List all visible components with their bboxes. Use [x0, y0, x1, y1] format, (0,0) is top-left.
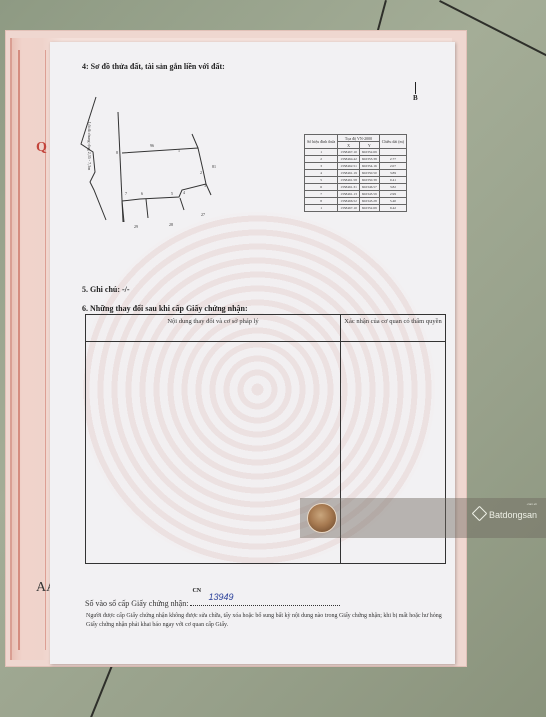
- coord-cell-point: 3: [305, 163, 338, 170]
- header-system: Tọa độ VN-2000: [338, 135, 380, 142]
- coord-cell-length: [379, 149, 406, 156]
- coord-cell-length: 9.42: [379, 205, 406, 212]
- coord-cell-x: 1358467.10: [338, 149, 360, 156]
- coord-cell-x: 1358461.31: [338, 184, 360, 191]
- vertex-label: 6: [141, 191, 143, 196]
- coord-row: 11358467.10602352.699.42: [305, 205, 407, 212]
- brand-name: Batdongsan: [489, 510, 537, 520]
- brand-domain: .com.vn: [527, 502, 538, 506]
- coord-cell-point: 1: [305, 205, 338, 212]
- coord-row: 61358461.31602346.573.82: [305, 184, 407, 191]
- header-length: Chiều dài (m): [379, 135, 406, 149]
- parcel-label: 27: [201, 212, 205, 217]
- parcel-label: 81: [212, 164, 216, 169]
- coord-cell-point: 1: [305, 149, 338, 156]
- coord-cell-y: 602352.69: [359, 149, 379, 156]
- parcel-label: 28: [169, 222, 173, 227]
- coord-cell-y: 602346.57: [359, 184, 379, 191]
- vertex-label: 1: [178, 148, 180, 153]
- coord-cell-x: 1358464.42: [338, 156, 360, 163]
- coord-cell-point: 5: [305, 177, 338, 184]
- coord-row: 31358462.51602354.162.07: [305, 163, 407, 170]
- registration-label: Số vào sổ cấp Giấy chứng nhận:: [85, 599, 188, 608]
- uploader-avatar[interactable]: [307, 503, 337, 533]
- background-mark-top: Q: [36, 140, 47, 156]
- coord-cell-point: 7: [305, 191, 338, 198]
- coord-cell-x: 1358462.51: [338, 163, 360, 170]
- coord-cell-length: 3.82: [379, 184, 406, 191]
- coord-cell-x: 1358461.19: [338, 170, 360, 177]
- registration-number: 13949: [208, 592, 233, 602]
- coord-cell-point: 4: [305, 170, 338, 177]
- coord-cell-length: 2.07: [379, 163, 406, 170]
- coord-cell-length: 5.40: [379, 198, 406, 205]
- coord-cell-x: 1358461.13: [338, 191, 360, 198]
- changes-col-confirmation: Xác nhận của cơ quan có thẩm quyền: [341, 315, 446, 342]
- parcel-diagram: Lối đi chung rộng 2,35 - 7,3m 1 2 3 4 5 …: [80, 92, 280, 252]
- registration-line: Số vào sổ cấp Giấy chứng nhận: CN 13949: [85, 597, 340, 608]
- registration-dots: CN 13949: [190, 597, 340, 606]
- coord-cell-x: 1358466.52: [338, 198, 360, 205]
- coord-row: 71358461.13602343.592.99: [305, 191, 407, 198]
- coord-row: 81358466.52602343.285.40: [305, 198, 407, 205]
- vertex-label: 8: [116, 150, 118, 155]
- coord-cell-y: 602350.50: [359, 170, 379, 177]
- notice-text: Người được cấp Giấy chứng nhận không đượ…: [86, 612, 446, 630]
- vertex-label: 2: [200, 170, 202, 175]
- coord-cell-length: 3.89: [379, 170, 406, 177]
- north-indicator: B: [413, 82, 418, 102]
- coord-row: 51358461.58602350.380.41: [305, 177, 407, 184]
- header-y: Y: [359, 142, 379, 149]
- coord-cell-x: 1358461.58: [338, 177, 360, 184]
- section-6-title: 6. Những thay đổi sau khi cấp Giấy chứng…: [82, 304, 248, 313]
- coord-cell-length: 2.99: [379, 191, 406, 198]
- brand-logo-icon: [472, 506, 488, 522]
- coord-cell-length: 2.77: [379, 156, 406, 163]
- registration-prefix: CN: [192, 588, 201, 594]
- vertex-label: 4: [183, 190, 185, 195]
- coord-row: 21358464.42602353.382.77: [305, 156, 407, 163]
- coord-cell-y: 602354.16: [359, 163, 379, 170]
- header-point: Số hiệu đỉnh thửa: [305, 135, 338, 149]
- coord-cell-y: 602343.28: [359, 198, 379, 205]
- header-x: X: [338, 142, 360, 149]
- north-label: B: [413, 94, 418, 102]
- coord-cell-y: 602353.38: [359, 156, 379, 163]
- vertex-label: 5: [171, 191, 173, 196]
- vertex-label: 7: [125, 191, 127, 196]
- vertex-label: 3: [204, 183, 206, 188]
- coord-row: 41358461.19602350.503.89: [305, 170, 407, 177]
- coord-cell-point: 8: [305, 198, 338, 205]
- changes-col-content: Nội dung thay đổi và cơ sở pháp lý: [86, 315, 341, 342]
- brand-watermark: Batdongsan .com.vn: [474, 508, 537, 520]
- section-4-title: 4: Sơ đồ thửa đất, tài sản gắn liền với …: [82, 62, 225, 71]
- coord-cell-y: 602343.59: [359, 191, 379, 198]
- road-label: Lối đi chung rộng 2,35 - 7,3m: [86, 122, 92, 171]
- certificate-page: 4: Sơ đồ thửa đất, tài sản gắn liền với …: [50, 42, 455, 664]
- coord-cell-point: 6: [305, 184, 338, 191]
- coord-cell-length: 0.41: [379, 177, 406, 184]
- parcel-label: 29: [134, 224, 138, 229]
- coordinates-table: Số hiệu đỉnh thửa Tọa độ VN-2000 Chiều d…: [304, 134, 407, 212]
- coord-cell-point: 2: [305, 156, 338, 163]
- parcel-label: 96: [150, 143, 154, 148]
- coord-cell-y: 602352.69: [359, 205, 379, 212]
- coord-cell-x: 1358467.10: [338, 205, 360, 212]
- north-arrow-icon: [415, 82, 416, 94]
- section-5-notes: 5. Ghi chú: -/-: [82, 285, 130, 294]
- coord-cell-y: 602350.38: [359, 177, 379, 184]
- coord-row: 11358467.10602352.69: [305, 149, 407, 156]
